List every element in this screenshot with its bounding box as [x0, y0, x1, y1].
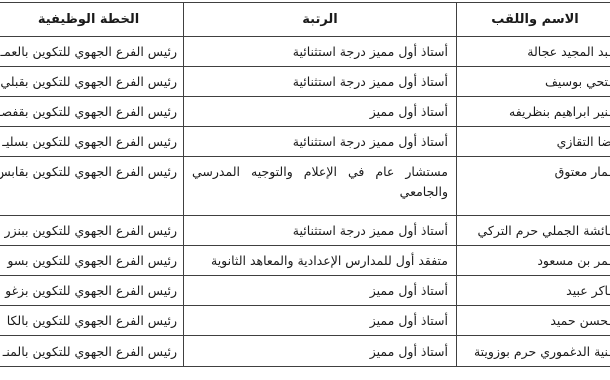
table-row: ـائشة الجملي حرم التركي أستاذ أول مميز د…: [0, 216, 610, 246]
name-cell: ضا التقازي: [457, 127, 610, 157]
plan-cell: رئيس الفرع الجهوي للتكوين بقفصـ: [0, 97, 184, 127]
rank-cell: أستاذ أول مميز: [184, 306, 457, 336]
column-header-plan: الخطة الوظيفية: [0, 3, 184, 37]
table-row: ـتحي بوسيف أستاذ أول مميز درجة استثنائية…: [0, 67, 610, 97]
rank-cell: أستاذ أول مميز: [184, 97, 457, 127]
name-cell: ـنية الدغموري حرم بوزويتة: [457, 336, 610, 367]
rank-cell: أستاذ أول مميز: [184, 276, 457, 306]
plan-cell: رئيس الفرع الجهوي للتكوين ببنزر: [0, 216, 184, 246]
table-row: ضا التقازي أستاذ أول مميز درجة استثنائية…: [0, 127, 610, 157]
name-cell: ـتحي بوسيف: [457, 67, 610, 97]
name-cell: ـبد المجيد عجالة: [457, 37, 610, 67]
table-row: ـحسن حميد أستاذ أول مميز رئيس الفرع الجه…: [0, 306, 610, 336]
rank-cell: أستاذ أول مميز درجة استثنائية: [184, 127, 457, 157]
rank-cell: أستاذ أول مميز: [184, 336, 457, 367]
plan-cell: رئيس الفرع الجهوي للتكوين بقابس: [0, 157, 184, 216]
name-cell: ـنير ابراهيم بنظريفه: [457, 97, 610, 127]
column-header-name: الاسم واللقب: [457, 3, 610, 37]
name-cell: ـمار معتوق: [457, 157, 610, 216]
plan-cell: رئيس الفرع الجهوي للتكوين بالمنـ: [0, 336, 184, 367]
table-row: ـاكر عبيد أستاذ أول مميز رئيس الفرع الجه…: [0, 276, 610, 306]
name-cell: ـائشة الجملي حرم التركي: [457, 216, 610, 246]
table-row: ـنية الدغموري حرم بوزويتة أستاذ أول مميز…: [0, 336, 610, 367]
rank-cell: أستاذ أول مميز درجة استثنائية: [184, 67, 457, 97]
table-row: ـمار معتوق مستشار عام في الإعلام والتوجي…: [0, 157, 610, 216]
rank-cell: مستشار عام في الإعلام والتوجيه المدرسي و…: [184, 157, 457, 216]
personnel-table: الاسم واللقب الرتبة الخطة الوظيفية ـبد ا…: [0, 2, 610, 367]
plan-cell: رئيس الفرع الجهوي للتكوين بسليـ: [0, 127, 184, 157]
table-header-row: الاسم واللقب الرتبة الخطة الوظيفية: [0, 3, 610, 37]
rank-cell: أستاذ أول مميز درجة استثنائية: [184, 216, 457, 246]
name-cell: ـحسن حميد: [457, 306, 610, 336]
table-row: ـبد المجيد عجالة أستاذ أول مميز درجة است…: [0, 37, 610, 67]
name-cell: ـمر بن مسعود: [457, 246, 610, 276]
document-page: الاسم واللقب الرتبة الخطة الوظيفية ـبد ا…: [0, 0, 610, 380]
plan-cell: رئيس الفرع الجهوي للتكوين بقبلي: [0, 67, 184, 97]
table-row: ـنير ابراهيم بنظريفه أستاذ أول مميز رئيس…: [0, 97, 610, 127]
plan-cell: رئيس الفرع الجهوي للتكوين بسو: [0, 246, 184, 276]
column-header-rank: الرتبة: [184, 3, 457, 37]
rank-cell: أستاذ أول مميز درجة استثنائية: [184, 37, 457, 67]
plan-cell: رئيس الفرع الجهوي للتكوين بالكا: [0, 306, 184, 336]
name-cell: ـاكر عبيد: [457, 276, 610, 306]
table-row: ـمر بن مسعود متفقد أول للمدارس الإعدادية…: [0, 246, 610, 276]
plan-cell: رئيس الفرع الجهوي للتكوين بالعمـ: [0, 37, 184, 67]
rank-cell: متفقد أول للمدارس الإعدادية والمعاهد الث…: [184, 246, 457, 276]
plan-cell: رئيس الفرع الجهوي للتكوين بزغو: [0, 276, 184, 306]
